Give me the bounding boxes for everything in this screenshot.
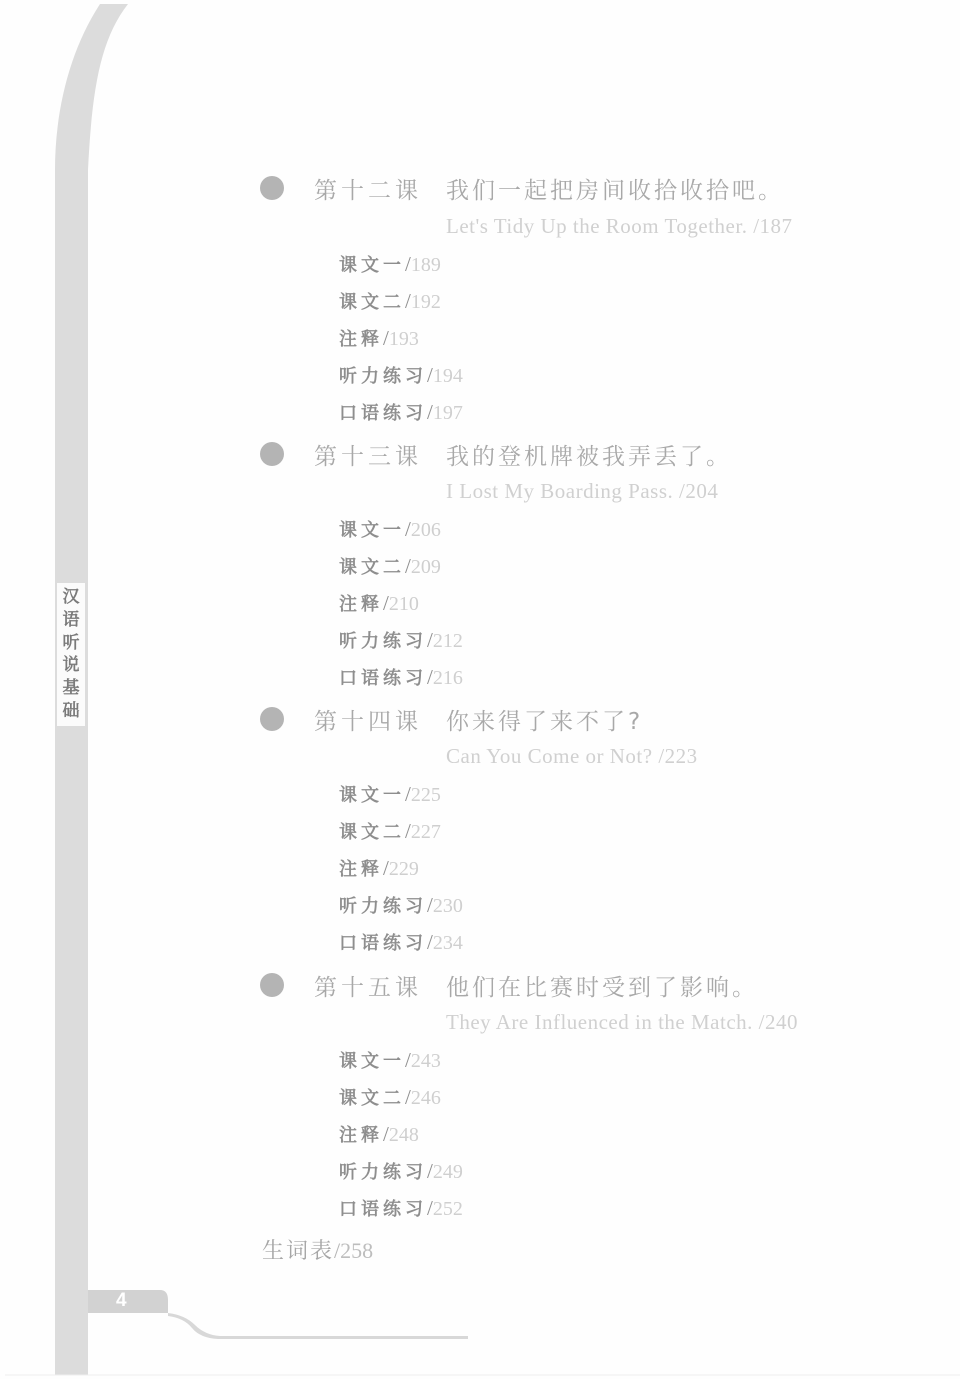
- toc-entry[interactable]: 课文一/243: [339, 1047, 441, 1073]
- lesson-number: 第十二课: [314, 172, 422, 205]
- toc-entry[interactable]: 听力练习/212: [339, 627, 463, 653]
- lesson-title-en[interactable]: Let's Tidy Up the Room Together. /187: [446, 214, 793, 239]
- toc-entry[interactable]: 课文二/209: [339, 553, 441, 579]
- decorative-side-band: [0, 0, 960, 1379]
- spine-char: 语: [63, 612, 80, 629]
- toc-entry-glossary[interactable]: 生词表/258: [262, 1234, 373, 1265]
- lesson-title-en[interactable]: Can You Come or Not? /223: [446, 744, 698, 769]
- toc-entry[interactable]: 课文二/227: [339, 818, 441, 844]
- lesson-title-en[interactable]: I Lost My Boarding Pass. /204: [446, 479, 718, 504]
- lesson-title-cn[interactable]: 我的登机牌被我弄丢了。: [446, 438, 732, 471]
- lesson-title-cn[interactable]: 他们在比赛时受到了影响。: [446, 969, 758, 1002]
- toc-entry[interactable]: 课文一/189: [339, 251, 441, 277]
- toc-entry[interactable]: 听力练习/194: [339, 362, 463, 388]
- toc-entry[interactable]: 课文二/192: [339, 288, 441, 314]
- lesson-number: 第十五课: [314, 969, 422, 1002]
- spine-char: 基: [63, 680, 80, 697]
- toc-entry[interactable]: 口语练习/216: [339, 664, 463, 690]
- toc-entry[interactable]: 口语练习/197: [339, 399, 463, 425]
- bullet-icon: [260, 176, 284, 200]
- toc-entry[interactable]: 口语练习/252: [339, 1195, 463, 1221]
- spine-char: 汉: [63, 589, 80, 606]
- toc-entry[interactable]: 课文一/206: [339, 516, 441, 542]
- bullet-icon: [260, 442, 284, 466]
- toc-entry[interactable]: 课文二/246: [339, 1084, 441, 1110]
- toc-entry[interactable]: 课文一/225: [339, 781, 441, 807]
- lesson-number: 第十四课: [314, 703, 422, 736]
- bullet-icon: [260, 973, 284, 997]
- toc-entry[interactable]: 注释/248: [339, 1121, 419, 1147]
- lesson-title-en[interactable]: They Are Influenced in the Match. /240: [446, 1010, 798, 1035]
- page-number: 4: [116, 1290, 127, 1312]
- bullet-icon: [260, 707, 284, 731]
- toc-entry[interactable]: 口语练习/234: [339, 929, 463, 955]
- toc-entry[interactable]: 听力练习/230: [339, 892, 463, 918]
- spine-char: 础: [63, 703, 80, 720]
- lesson-title-cn[interactable]: 你来得了来不了?: [446, 703, 643, 736]
- lesson-title-cn[interactable]: 我们一起把房间收拾收拾吧。: [446, 172, 784, 205]
- toc-entry[interactable]: 注释/210: [339, 590, 419, 616]
- toc-entry[interactable]: 听力练习/249: [339, 1158, 463, 1184]
- spine-char: 说: [63, 657, 80, 674]
- toc-entry[interactable]: 注释/193: [339, 325, 419, 351]
- toc-entry[interactable]: 注释/229: [339, 855, 419, 881]
- lesson-number: 第十三课: [314, 438, 422, 471]
- book-spine-title: 汉 语 听 说 基 础: [57, 583, 85, 726]
- spine-char: 听: [63, 635, 80, 652]
